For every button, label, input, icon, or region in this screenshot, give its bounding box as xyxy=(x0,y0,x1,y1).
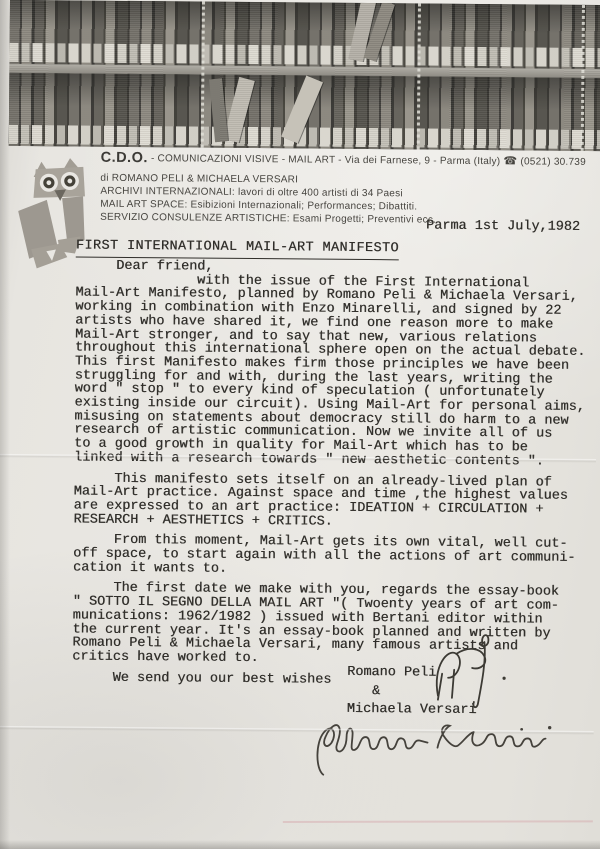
paper-edge-shadow-left xyxy=(0,0,10,849)
org-name: C.D.O. xyxy=(101,150,148,166)
bookshelf-photo xyxy=(9,0,600,151)
paper-edge-shadow-bottom xyxy=(0,840,600,849)
letterhead-line1: C.D.O. - COMUNICAZIONI VISIVE - MAIL ART… xyxy=(101,151,593,169)
paragraph-3: From this moment, Mail-Art gets its own … xyxy=(73,534,585,580)
scanned-letter-page: C.D.O. - COMUNICAZIONI VISIVE - MAIL ART… xyxy=(0,0,600,849)
page-content: C.D.O. - COMUNICAZIONI VISIVE - MAIL ART… xyxy=(0,0,600,849)
letter-title: FIRST INTERNATIONAL MAIL-ART MANIFESTO xyxy=(76,238,399,260)
michaela-versari-handwritten-signature xyxy=(313,707,566,783)
scan-artifact-line xyxy=(283,820,593,823)
photo-grain xyxy=(9,0,600,151)
letterhead: C.D.O. - COMUNICAZIONI VISIVE - MAIL ART… xyxy=(16,150,593,228)
paragraph-1: Dear friend, with the issue of the First… xyxy=(74,259,588,469)
letter-date: Parma 1st July,1982 xyxy=(426,219,580,235)
phone-icon: ☎ xyxy=(503,154,517,167)
phone-number: (0521) 30.739 xyxy=(520,156,586,168)
org-address: - COMUNICAZIONI VISIVE - MAIL ART - Via … xyxy=(151,153,501,167)
romano-peli-handwritten-signature xyxy=(420,630,533,713)
paragraph-2: This manifesto sets itself on an already… xyxy=(73,472,585,531)
